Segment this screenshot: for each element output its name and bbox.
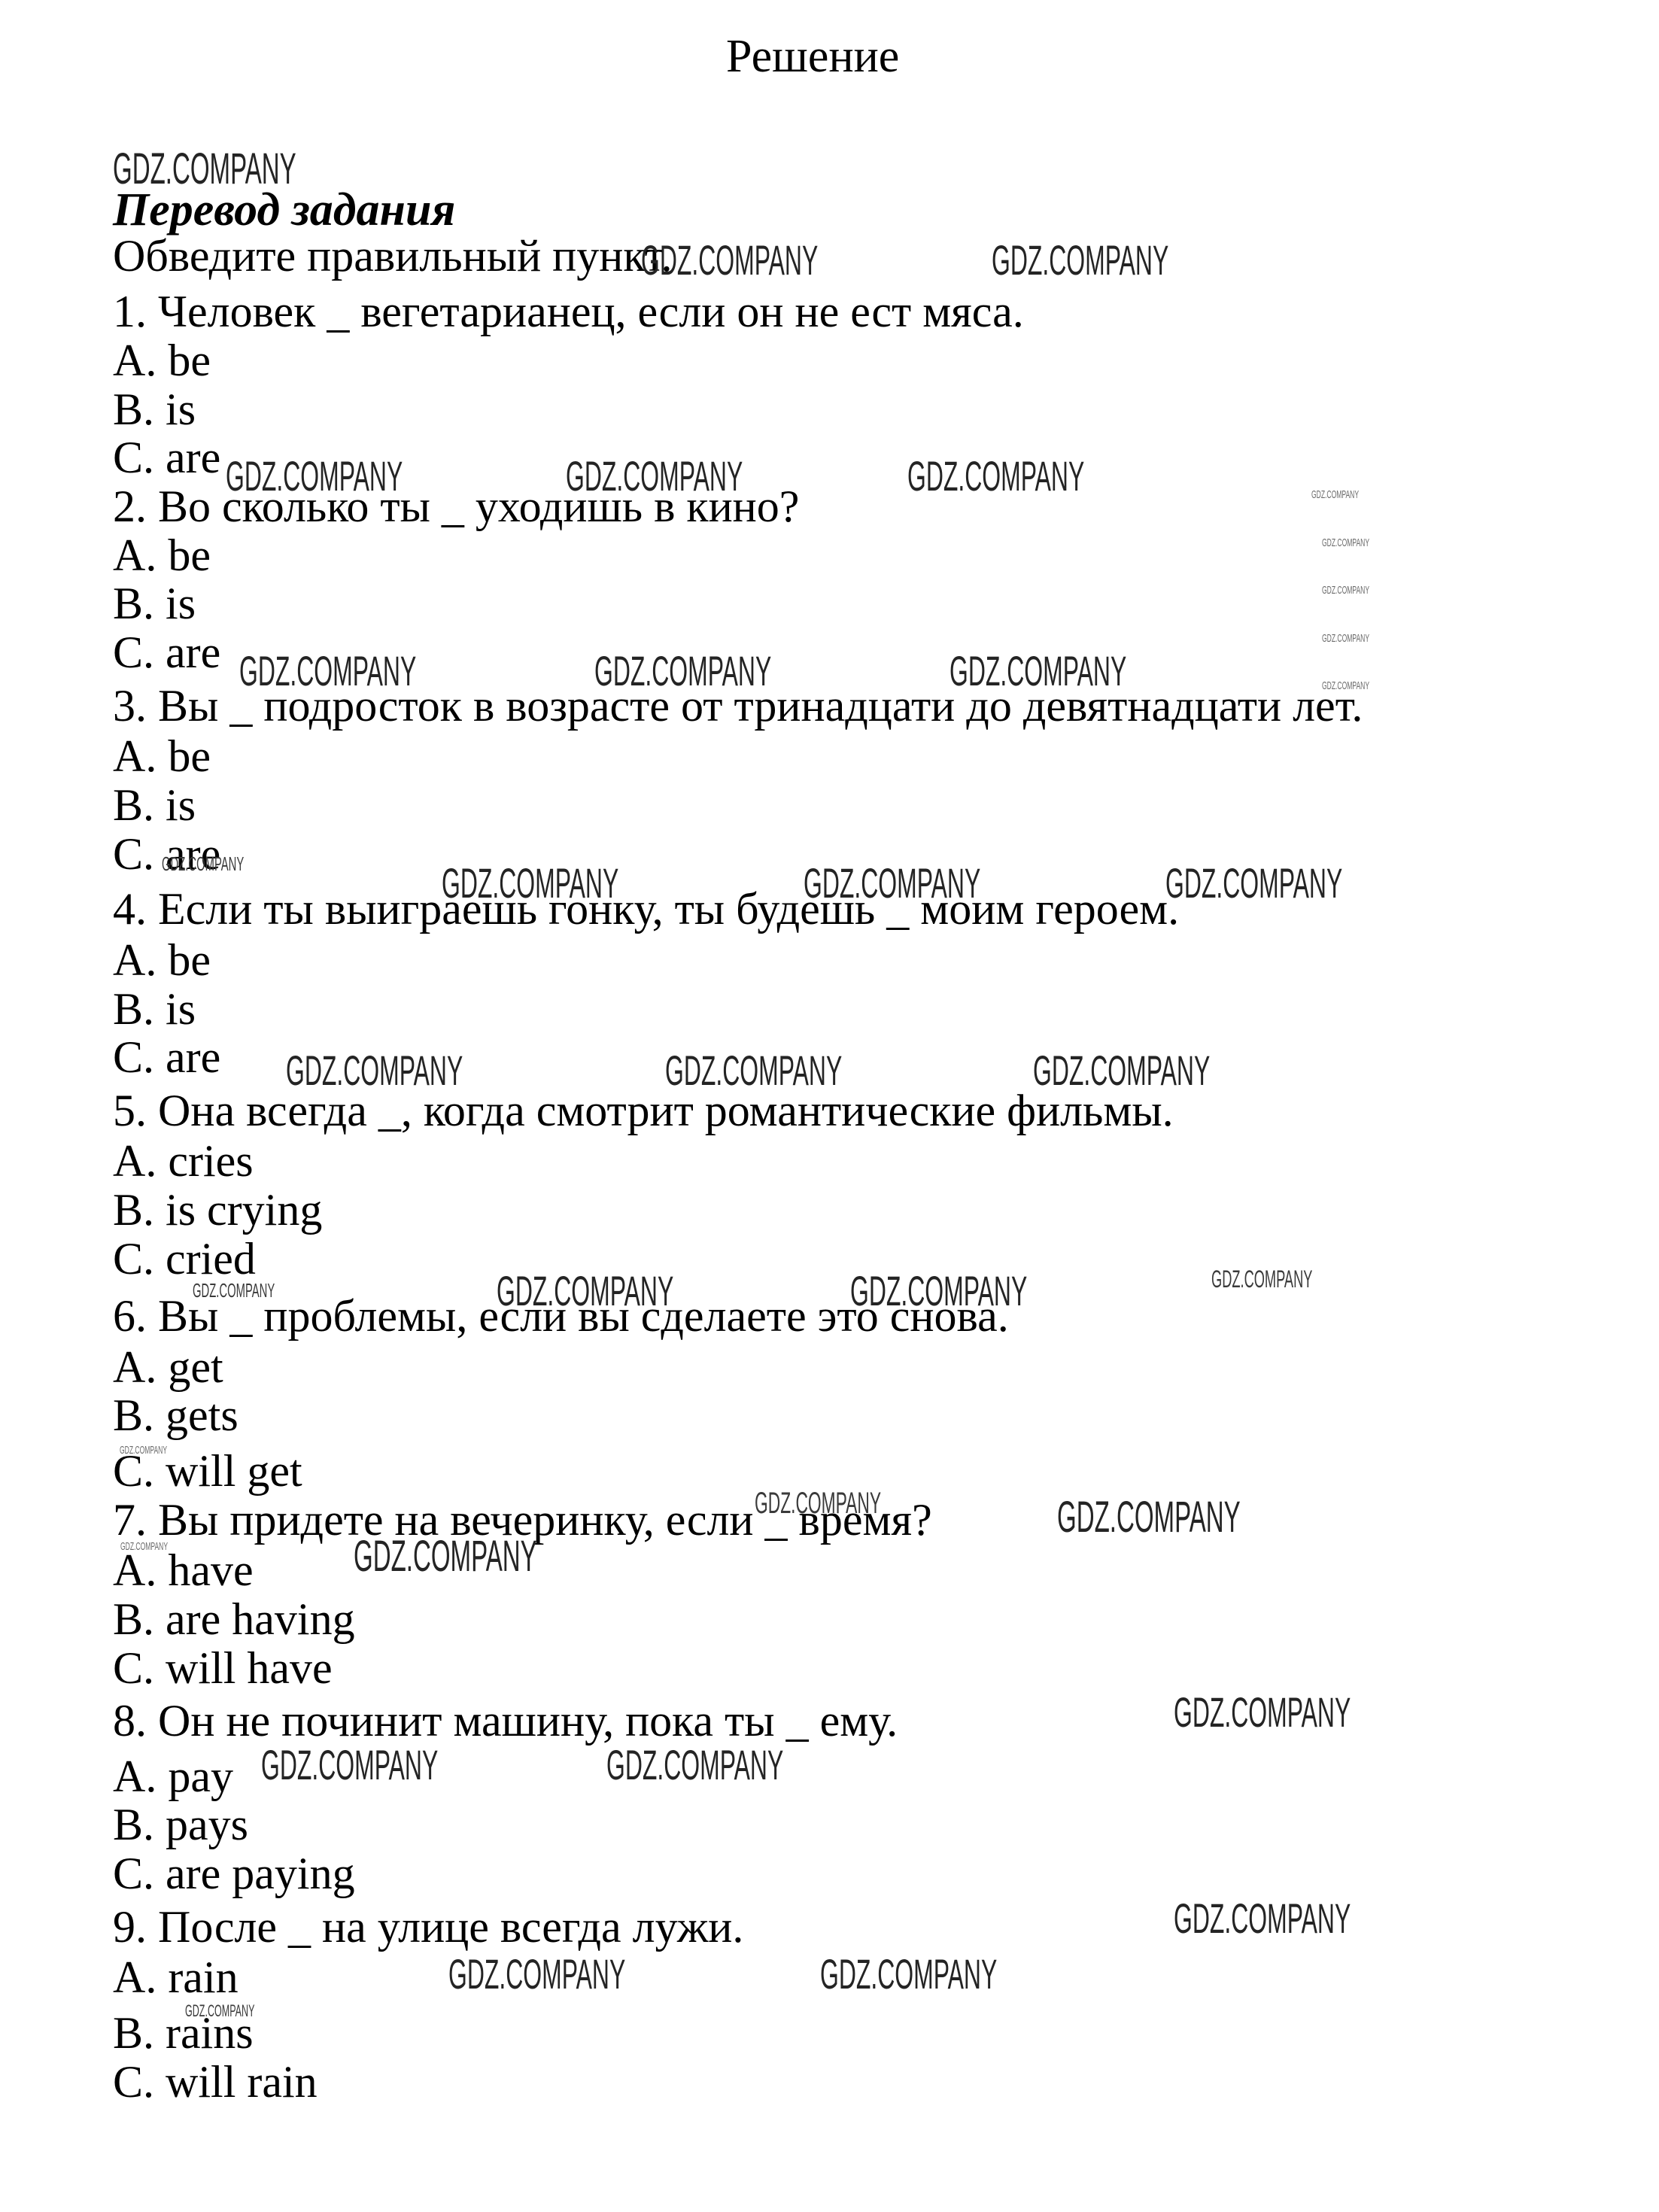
question-4-option-c: C. are: [113, 1035, 220, 1080]
question-8-prompt: 8. Он не починит машину, пока ты _ ему.: [113, 1698, 898, 1743]
question-8-option-c: C. are paying: [113, 1851, 355, 1896]
watermark: GDZ.COMPANY: [641, 239, 818, 281]
question-4-option-a: A. be: [113, 937, 211, 983]
question-1-option-c: C. are: [113, 435, 220, 480]
question-7-option-c: C. will have: [113, 1645, 333, 1691]
watermark: GDZ.COMPANY: [354, 1535, 537, 1578]
question-9-prompt: 9. После _ на улице всегда лужи.: [113, 1904, 743, 1949]
question-6-option-a: A. get: [113, 1345, 223, 1390]
watermark: GDZ.COMPANY: [992, 239, 1168, 281]
watermark: GDZ.COMPANY: [1057, 1496, 1241, 1539]
question-1-option-a: A. be: [113, 338, 211, 383]
question-6-option-b: B. gets: [113, 1393, 239, 1438]
instruction: Обведите правильный пункт.: [113, 233, 672, 278]
question-6-prompt: 6. Вы _ проблемы, если вы сделаете это с…: [113, 1293, 1009, 1338]
question-3-prompt: 3. Вы _ подросток в возрасте от тринадца…: [113, 683, 1363, 728]
watermark: GDZ.COMPANY: [1174, 1898, 1351, 1940]
question-5-option-b: B. is crying: [113, 1187, 322, 1232]
section-heading: Перевод задания: [113, 187, 455, 233]
question-9-option-b: B. rains: [113, 2010, 254, 2056]
question-4-option-b: B. is: [113, 986, 196, 1032]
watermark: GDZ.COMPANY: [448, 1953, 625, 1995]
question-4-prompt: 4. Если ты выиграешь гонку, ты будешь _ …: [113, 886, 1179, 931]
question-8-option-a: A. pay: [113, 1754, 233, 1799]
watermark: GDZ.COMPANY: [1211, 1267, 1312, 1291]
question-3-option-a: A. be: [113, 734, 211, 779]
watermark: GDZ.COMPANY: [1311, 489, 1359, 500]
watermark: GDZ.COMPANY: [1174, 1691, 1351, 1733]
document-page: Решение GDZ.COMPANY Перевод задания Обве…: [0, 0, 1659, 2212]
page-title: Решение: [726, 33, 899, 80]
question-2-prompt: 2. Во сколько ты _ уходишь в кино?: [113, 484, 799, 529]
question-6-option-c: C. will get: [113, 1448, 302, 1493]
question-9-option-c: C. will rain: [113, 2059, 318, 2104]
watermark: GDZ.COMPANY: [1322, 537, 1369, 548]
watermark: GDZ.COMPANY: [907, 455, 1084, 497]
watermark: GDZ.COMPANY: [820, 1953, 997, 1995]
question-7-option-a: A. have: [113, 1548, 254, 1593]
question-7-option-b: B. are having: [113, 1597, 355, 1642]
question-3-option-b: B. is: [113, 782, 196, 828]
question-2-option-b: B. is: [113, 581, 196, 626]
watermark: GDZ.COMPANY: [162, 854, 244, 874]
question-5-option-c: C. cried: [113, 1236, 256, 1281]
watermark: GDZ.COMPANY: [1165, 862, 1342, 904]
question-1-prompt: 1. Человек _ вегетарианец, если он не ес…: [113, 289, 1024, 334]
question-2-option-c: C. are: [113, 630, 220, 675]
question-8-option-b: B. pays: [113, 1802, 248, 1847]
question-9-option-a: A. rain: [113, 1955, 239, 2000]
question-5-prompt: 5. Она всегда _, когда смотрит романтиче…: [113, 1088, 1174, 1133]
watermark: GDZ.COMPANY: [606, 1744, 783, 1786]
watermark: GDZ.COMPANY: [1322, 585, 1369, 596]
watermark: GDZ.COMPANY: [1322, 633, 1369, 644]
question-1-option-b: B. is: [113, 387, 196, 432]
question-2-option-a: A. be: [113, 533, 211, 578]
question-5-option-a: A. cries: [113, 1138, 254, 1183]
watermark: GDZ.COMPANY: [261, 1744, 438, 1786]
